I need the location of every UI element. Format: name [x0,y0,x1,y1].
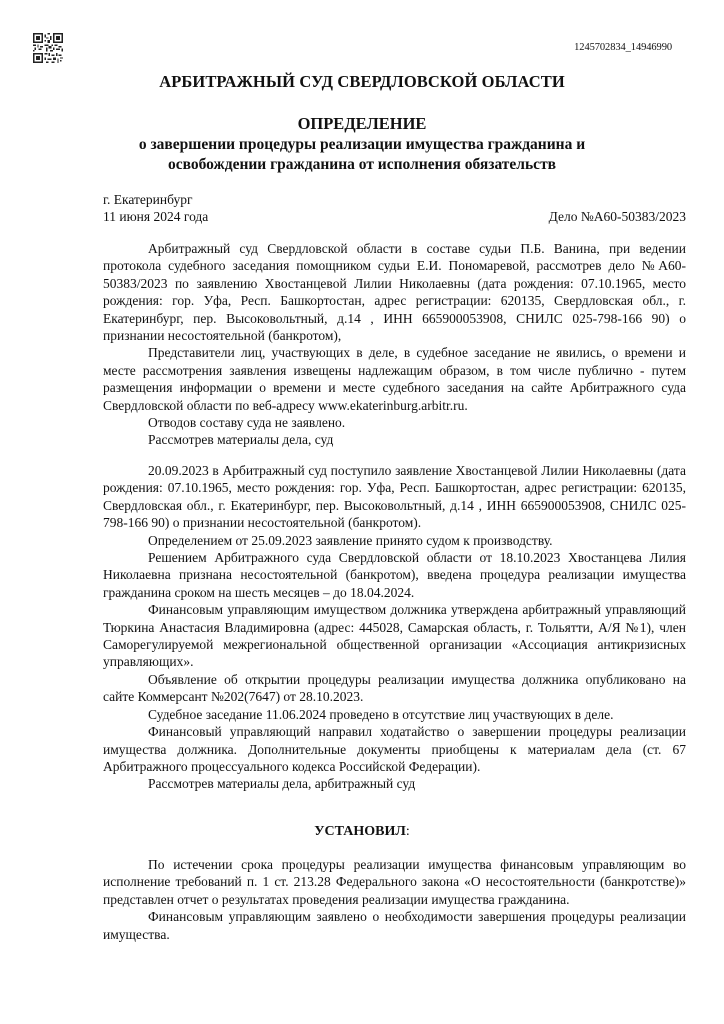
document-type-title: ОПРЕДЕЛЕНИЕ [0,114,724,134]
paragraph: Финансовым управляющим заявлено о необхо… [103,908,686,943]
established-heading-colon: : [406,824,410,839]
paragraph: Определением от 25.09.2023 заявление при… [103,532,686,549]
established-heading: УСТАНОВИЛ: [0,824,724,840]
qr-code-icon [33,33,63,63]
established-heading-text: УСТАНОВИЛ [314,824,406,839]
paragraph: Арбитражный суд Свердловской области в с… [103,240,686,344]
case-number: Дело №А60-50383/2023 [549,209,686,225]
city: г. Екатеринбург [103,192,193,208]
document-subject: о завершении процедуры реализации имущес… [0,135,724,175]
paragraph: Представители лиц, участвующих в деле, в… [103,344,686,414]
subject-line: освобождении гражданина от исполнения об… [0,155,724,175]
paragraph: Финансовый управляющий направил ходатайс… [103,723,686,775]
established-section: По истечении срока процедуры реализации … [103,856,686,943]
intro-section: Арбитражный суд Свердловской области в с… [103,240,686,449]
paragraph: Судебное заседание 11.06.2024 проведено … [103,706,686,723]
paragraph: Финансовым управляющим имуществом должни… [103,601,686,671]
paragraph: Решением Арбитражного суда Свердловской … [103,549,686,601]
paragraph: Объявление об открытии процедуры реализа… [103,671,686,706]
paragraph: По истечении срока процедуры реализации … [103,856,686,908]
court-name: АРБИТРАЖНЫЙ СУД СВЕРДЛОВСКОЙ ОБЛАСТИ [0,72,724,92]
paragraph: Рассмотрев материалы дела, арбитражный с… [103,775,686,792]
document-date: 11 июня 2024 года [103,209,208,225]
paragraph: 20.09.2023 в Арбитражный суд поступило з… [103,462,686,532]
document-id: 1245702834_14946990 [574,42,672,53]
facts-section: 20.09.2023 в Арбитражный суд поступило з… [103,462,686,793]
paragraph: Рассмотрев материалы дела, суд [103,431,686,448]
subject-line: о завершении процедуры реализации имущес… [0,135,724,155]
paragraph: Отводов составу суда не заявлено. [103,414,686,431]
